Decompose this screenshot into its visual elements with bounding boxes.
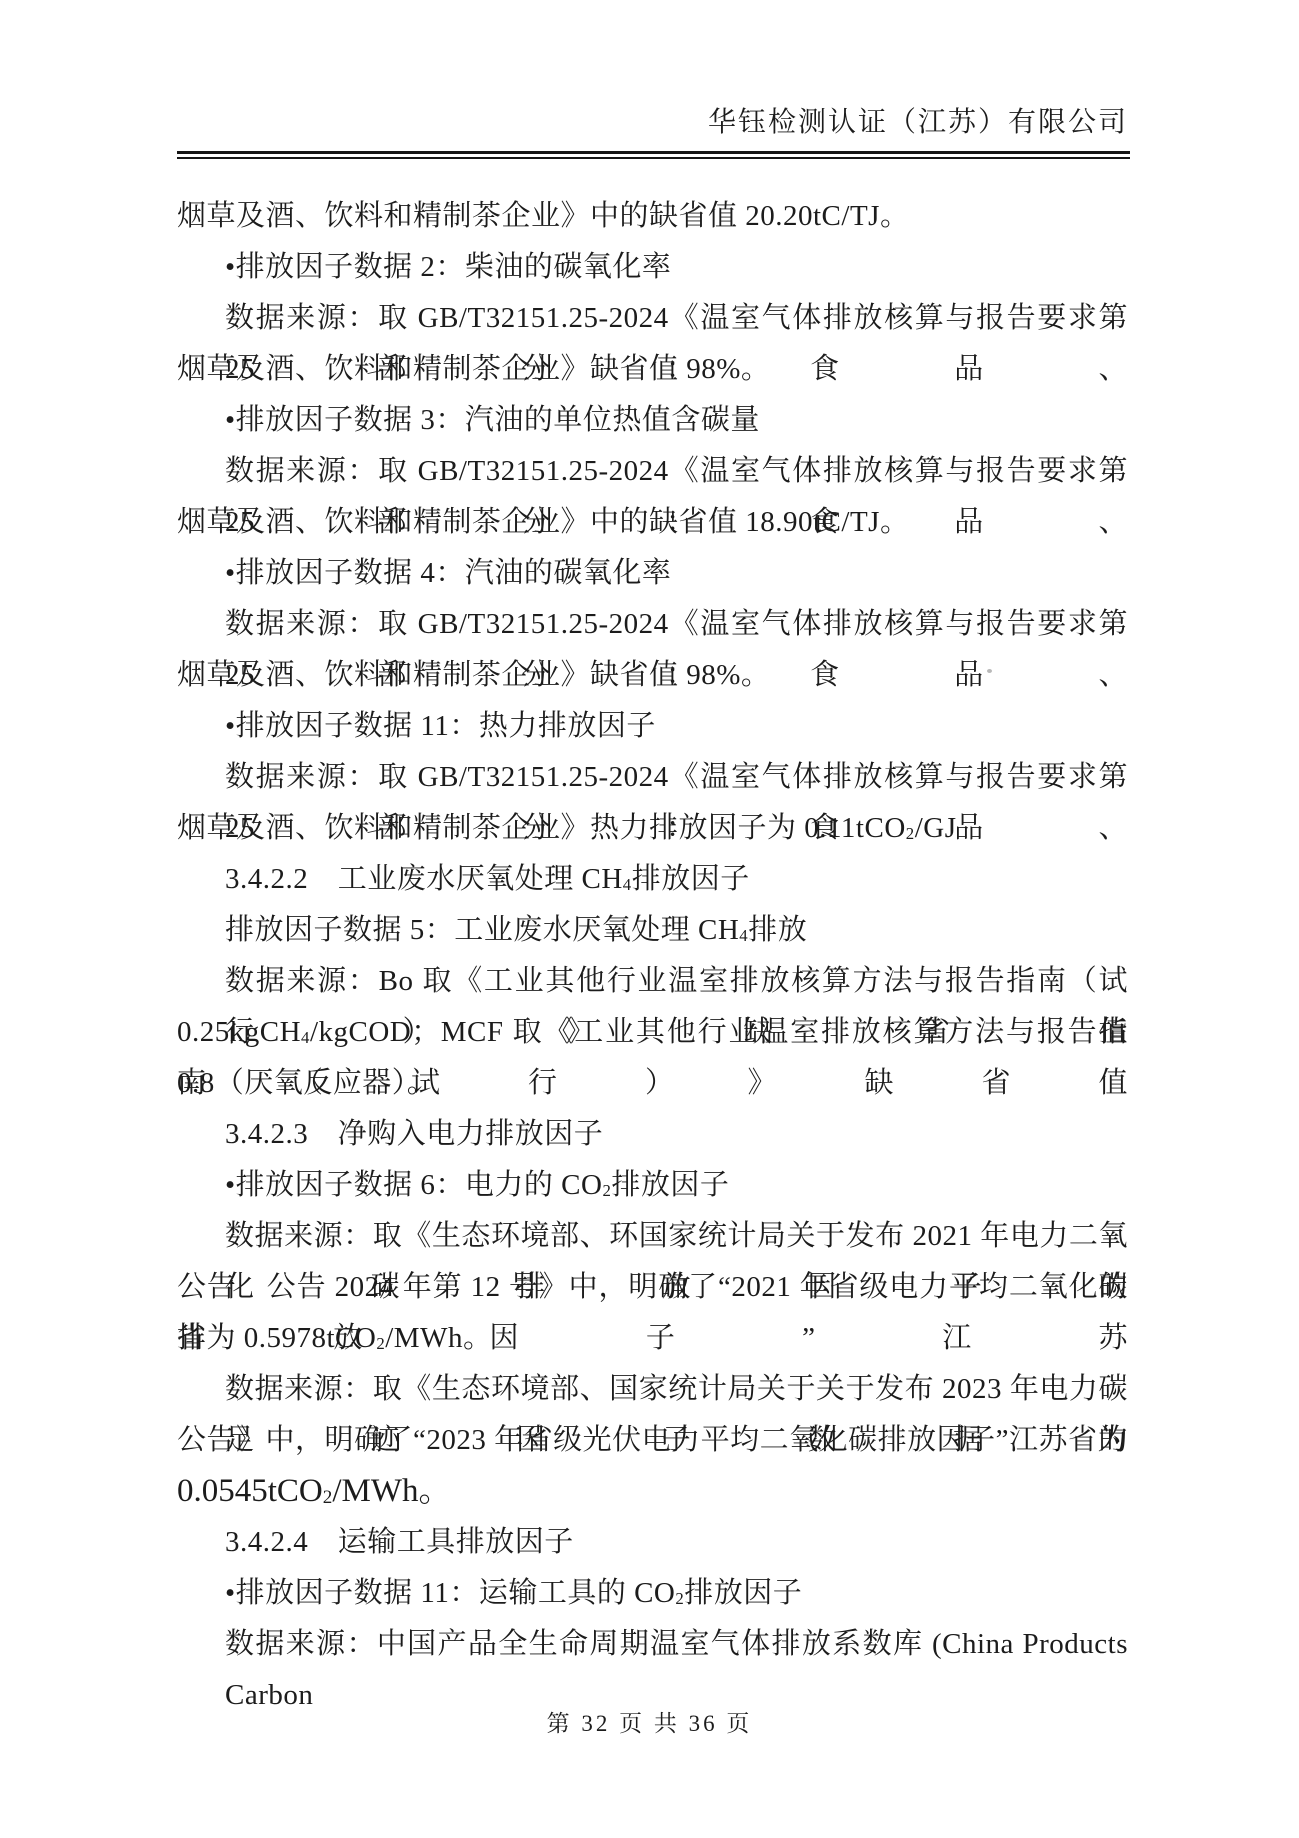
page-footer-number: 第 32 页 共 36 页 [0,1705,1299,1738]
text-line: 数据来源：取 GB/T32151.25-2024《温室气体排放核算与报告要求第 … [177,446,1128,497]
scan-artifact-dot [987,669,992,673]
text-line: 公告》中，明确了“2023 年省级光伏电力平均二氧化碳排放因子”江苏省为 [177,1415,1128,1466]
text-line: 3.4.2.4 运输工具排放因子 [177,1517,1128,1568]
document-body: 烟草及酒、饮料和精制茶企业》中的缺省值 20.20tC/TJ。•排放因子数据 2… [177,191,1128,1670]
text-line: •排放因子数据 11：热力排放因子 [177,701,1128,752]
text-line: 数据来源：取 GB/T32151.25-2024《温室气体排放核算与报告要求第 … [177,293,1128,344]
text-line: •排放因子数据 2：柴油的碳氧化率 [177,242,1128,293]
text-line: 3.4.2.2 工业废水厌氧处理 CH4排放因子 [177,854,1128,905]
text-line: •排放因子数据 6：电力的 CO2排放因子 [177,1160,1128,1211]
emphasis-value-line: 0.0545tCO2/MWh。 [177,1466,1128,1517]
text-line: 3.4.2.3 净购入电力排放因子 [177,1109,1128,1160]
text-line: 数据来源：取《生态环境部、国家统计局关于关于发布 2023 年电力碳足迹因子数据… [177,1364,1128,1415]
text-line: 数据来源：取《生态环境部、环国家统计局关于发布 2021 年电力二氧化碳排放因子… [177,1211,1128,1262]
text-line: 数据来源：Bo 取《工业其他行业温室排放核算方法与报告指南（试行）》缺省值 [177,956,1128,1007]
text-line: 烟草及酒、饮料和精制茶企业》中的缺省值 20.20tC/TJ。 [177,191,1128,242]
text-line: 公告 公告 2024 年第 12 号》中，明确了“2021 年省级电力平均二氧化… [177,1262,1128,1313]
text-line: 数据来源：取 GB/T32151.25-2024《温室气体排放核算与报告要求第 … [177,752,1128,803]
header-double-rule [177,151,1130,159]
text-line: 数据来源：中国产品全生命周期温室气体排放系数库 (China Products … [177,1619,1128,1670]
document-page: 华钰检测认证（江苏）有限公司 烟草及酒、饮料和精制茶企业》中的缺省值 20.20… [0,0,1299,1838]
text-line: 数据来源：取 GB/T32151.25-2024《温室气体排放核算与报告要求第 … [177,599,1128,650]
text-line: •排放因子数据 11：运输工具的 CO2排放因子 [177,1568,1128,1619]
text-line: •排放因子数据 3：汽油的单位热值含碳量 [177,395,1128,446]
text-line: 排放因子数据 5：工业废水厌氧处理 CH4排放 [177,905,1128,956]
text-line: •排放因子数据 4：汽油的碳氧化率 [177,548,1128,599]
text-line: 0.25kgCH4/kgCOD；MCF 取《工业其他行业温室排放核算方法与报告指… [177,1007,1128,1058]
page-header-company: 华钰检测认证（江苏）有限公司 [177,100,1128,140]
